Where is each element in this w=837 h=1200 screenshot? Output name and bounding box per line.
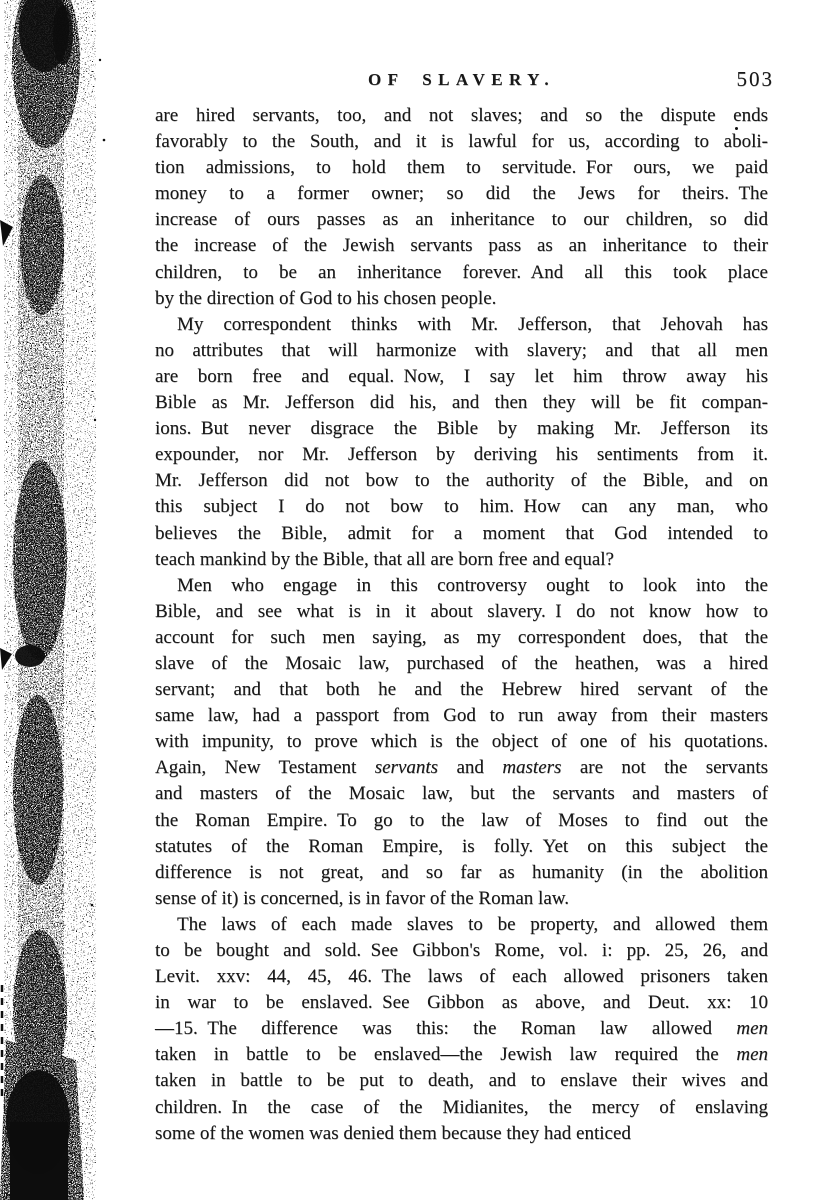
text-line: the increase of the Jewish servants pass… [155, 233, 768, 259]
text-line: taken in battle to be put to death, and … [155, 1068, 768, 1094]
text-line: to be bought and sold. See Gibbon's Rome… [155, 938, 768, 964]
text-line: tion admissions, to hold them to servitu… [155, 155, 768, 181]
text-line: teach mankind by the Bible, that all are… [155, 547, 768, 573]
text-line: same law, had a passport from God to run… [155, 703, 768, 729]
text-line: sense of it) is concerned, is in favor o… [155, 886, 768, 912]
page-header: OF SLAVERY. 503 [155, 68, 768, 96]
text-line: —15. The difference was this: the Roman … [155, 1016, 768, 1042]
text-line: favorably to the South, and it is lawful… [155, 129, 768, 155]
text-line: My correspondent thinks with Mr. Jeffers… [155, 312, 768, 338]
scan-binding-artifact [0, 0, 120, 1200]
text-line: believes the Bible, admit for a moment t… [155, 521, 768, 547]
text-line: expounder, nor Mr. Jefferson by deriving… [155, 442, 768, 468]
text-line: money to a former owner; so did the Jews… [155, 181, 768, 207]
text-line: statutes of the Roman Empire, is folly. … [155, 834, 768, 860]
text-line: the Roman Empire. To go to the law of Mo… [155, 808, 768, 834]
text-line: increase of ours passes as an inheritanc… [155, 207, 768, 233]
text-line: no attributes that will harmonize with s… [155, 338, 768, 364]
text-line: Levit. xxv: 44, 45, 46. The laws of each… [155, 964, 768, 990]
text-line: slave of the Mosaic law, purchased of th… [155, 651, 768, 677]
text-line: servant; and that both he and the Hebrew… [155, 677, 768, 703]
text-line: children. In the case of the Midianites,… [155, 1095, 768, 1121]
text-line: ions. But never disgrace the Bible by ma… [155, 416, 768, 442]
text-line: Men who engage in this controversy ought… [155, 573, 768, 599]
text-line: are hired servants, too, and not slaves;… [155, 103, 768, 129]
text-line: are born free and equal. Now, I say let … [155, 364, 768, 390]
paragraph: My correspondent thinks with Mr. Jeffers… [155, 312, 768, 573]
page-body: are hired servants, too, and not slaves;… [155, 103, 768, 1147]
text-line: some of the women was denied them becaus… [155, 1121, 768, 1147]
text-line: Bible, and see what is in it about slave… [155, 599, 768, 625]
text-line: this subject I do not bow to him. How ca… [155, 494, 768, 520]
scanned-book-page: OF SLAVERY. 503 are hired servants, too,… [0, 0, 837, 1200]
paragraph: Men who engage in this controversy ought… [155, 573, 768, 912]
paragraph: are hired servants, too, and not slaves;… [155, 103, 768, 312]
page-number: 503 [737, 67, 775, 92]
text-line: with impunity, to prove which is the obj… [155, 729, 768, 755]
text-line: Again, New Testament servants and master… [155, 755, 768, 781]
text-line: difference is not great, and so far as h… [155, 860, 768, 886]
paragraph: The laws of each made slaves to be prope… [155, 912, 768, 1147]
text-line: account for such men saying, as my corre… [155, 625, 768, 651]
text-line: in war to be enslaved. See Gibbon as abo… [155, 990, 768, 1016]
text-line: children, to be an inheritance forever. … [155, 260, 768, 286]
text-line: Bible as Mr. Jefferson did his, and then… [155, 390, 768, 416]
running-head-title: OF SLAVERY. [368, 70, 555, 90]
text-line: The laws of each made slaves to be prope… [155, 912, 768, 938]
text-line: and masters of the Mosaic law, but the s… [155, 781, 768, 807]
text-line: Mr. Jefferson did not bow to the authori… [155, 468, 768, 494]
text-line: by the direction of God to his chosen pe… [155, 286, 768, 312]
text-line: taken in battle to be enslaved—the Jewis… [155, 1042, 768, 1068]
